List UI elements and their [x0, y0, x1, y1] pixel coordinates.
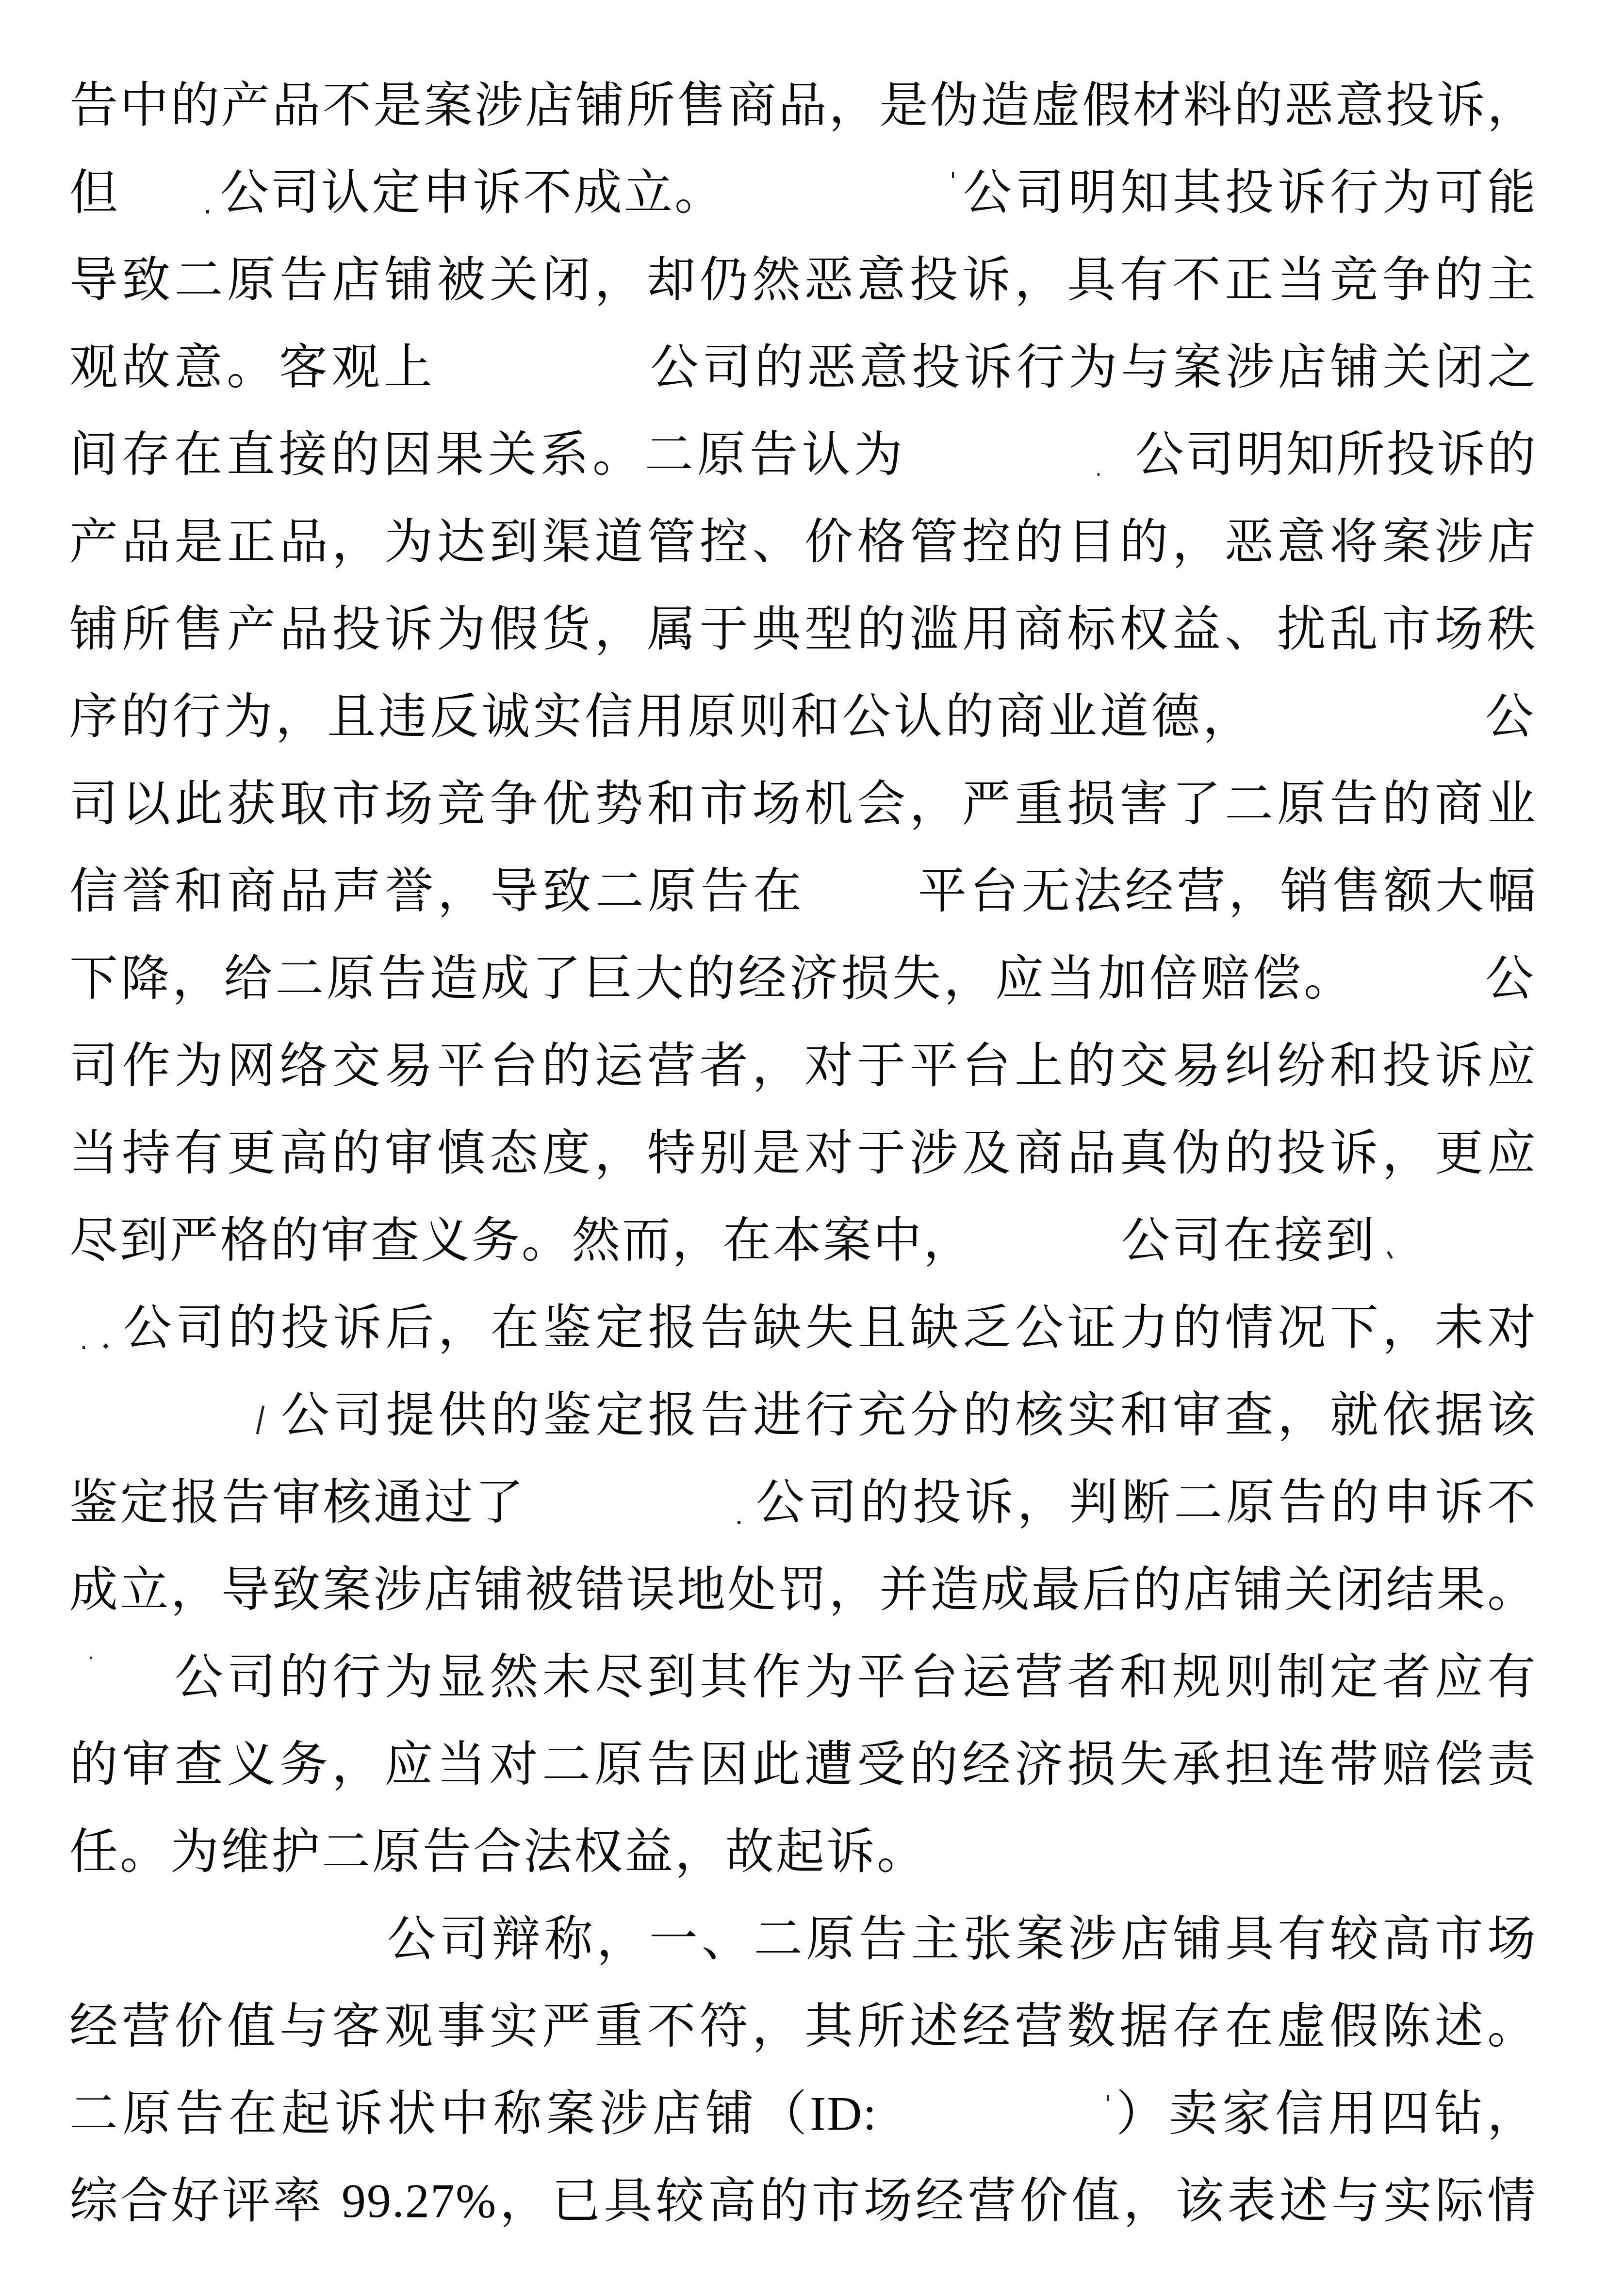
text-line-21: 任。为维护二原告合法权益，故起诉。: [0, 1827, 1624, 1876]
text-segment: 公司在接到: [1121, 1216, 1374, 1265]
text-segment: 序的行为，且违反诚实信用原则和公认的商业道德，: [69, 692, 1251, 741]
text-line-22: 公司辩称，一、二原告主张案涉店铺具有较高市场: [0, 1915, 1624, 1963]
redaction-remnant-mark: [1098, 473, 1099, 476]
text-segment: 的审查义务，应当对二原告因此遭受的经济损失承担连带赔偿责: [69, 1740, 1536, 1789]
text-segment: 司作为网络交易平台的运营者，对于平台上的交易纠纷和投诉应: [69, 1042, 1536, 1090]
text-segment: 公: [1485, 954, 1536, 1003]
rating-percentage: 99.27%: [342, 2177, 497, 2225]
text-segment: 公司提供的鉴定报告进行充分的核实和审查，就依据该: [281, 1391, 1536, 1439]
text-segment: 鉴定报告审核通过了: [69, 1478, 524, 1527]
redaction-remnant-mark: [738, 1521, 740, 1524]
text-segment: 告中的产品不是案涉店铺所售商品，是伪造虚假材料的恶意投诉，: [69, 81, 1536, 130]
text-segment: 导致二原告店铺被关闭，却仍然恶意投诉，具有不正当竞争的主: [69, 256, 1536, 304]
text-line-13: 当持有更高的审慎态度，特别是对于涉及商品真伪的投诉，更应: [0, 1129, 1624, 1177]
text-segment: 公司的恶意投诉行为与案涉店铺关闭之: [650, 343, 1536, 391]
redaction-remnant-mark: [1107, 2095, 1109, 2101]
text-segment: 下降，给二原告造成了巨大的经济损失，应当加倍赔偿。: [69, 954, 1352, 1003]
text-line-14: 尽到严格的审查义务。然而，在本案中， 公司在接到: [0, 1216, 1624, 1265]
text-segment: 信誉和商品声誉，导致二原告在: [69, 867, 802, 915]
text-segment: 公司的行为显然未尽到其作为平台运营者和规则制定者应有: [175, 1653, 1536, 1701]
text-segment: 平台无法经营，销售额大幅: [918, 867, 1536, 915]
text-line-11: 下降，给二原告造成了巨大的经济损失，应当加倍赔偿。 公: [0, 954, 1624, 1003]
text-line-1: 告中的产品不是案涉店铺所售商品，是伪造虚假材料的恶意投诉，: [0, 81, 1624, 130]
text-segment: ，已具较高的市场经营价值，该表述与实际情: [500, 2177, 1536, 2225]
text-segment: 公司辩称，一、二原告主张案涉店铺具有较高市场: [387, 1915, 1536, 1963]
redaction-remnant-mark: [82, 1346, 85, 1349]
text-line-9: 司以此获取市场竞争优势和市场机会，严重损害了二原告的商业: [0, 780, 1624, 828]
text-segment: 尽到严格的审查义务。然而，在本案中，: [69, 1216, 972, 1265]
redaction-remnant-mark: [206, 210, 209, 213]
text-line-24: 二原告在起诉状中称案涉店铺（ ID: ）卖家信用四钻，: [0, 2089, 1624, 2138]
redaction-remnant-mark: [256, 1405, 264, 1434]
text-segment: 当持有更高的审慎态度，特别是对于涉及商品真伪的投诉，更应: [69, 1129, 1536, 1177]
text-line-7: 铺所售产品投诉为假货，属于典型的滥用商标权益、扰乱市场秩: [0, 605, 1624, 653]
text-segment: 公: [1485, 692, 1536, 741]
text-line-6: 产品是正品，为达到渠道管控、价格管控的目的，恶意将案涉店: [0, 518, 1624, 566]
text-line-15: 公司的投诉后，在鉴定报告缺失且缺乏公证力的情况下，未对: [0, 1303, 1624, 1352]
redaction-remnant-mark: [952, 172, 954, 178]
text-line-5: 间存在直接的因果关系。二原告认为 公司明知所投诉的: [0, 430, 1624, 479]
text-line-23: 经营价值与客观事实严重不符，其所述经营数据存在虚假陈述。: [0, 2002, 1624, 2051]
text-line-20: 的审查义务，应当对二原告因此遭受的经济损失承担连带赔偿责: [0, 1740, 1624, 1789]
text-line-12: 司作为网络交易平台的运营者，对于平台上的交易纠纷和投诉应: [0, 1042, 1624, 1090]
text-segment: 间存在直接的因果关系。二原告认为: [69, 430, 902, 479]
text-line-2: 但 公司认定申诉不成立。 公司明知其投诉行为可能: [0, 168, 1624, 217]
text-line-17: 鉴定报告审核通过了 公司的投诉，判断二原告的申诉不: [0, 1478, 1624, 1527]
redaction-remnant-mark: [103, 1343, 108, 1349]
text-segment: 产品是正品，为达到渠道管控、价格管控的目的，恶意将案涉店: [69, 518, 1536, 566]
text-line-19: 公司的行为显然未尽到其作为平台运营者和规则制定者应有: [0, 1653, 1624, 1701]
text-line-3: 导致二原告店铺被关闭，却仍然恶意投诉，具有不正当竞争的主: [0, 256, 1624, 304]
redaction-remnant-mark: [1387, 1251, 1393, 1259]
text-segment: 但: [69, 168, 120, 217]
text-line-10: 信誉和商品声誉，导致二原告在 平台无法经营，销售额大幅: [0, 867, 1624, 915]
text-line-8: 序的行为，且违反诚实信用原则和公认的商业道德， 公: [0, 692, 1624, 741]
text-line-16: 公司提供的鉴定报告进行充分的核实和审查，就依据该: [0, 1391, 1624, 1439]
text-line-25: 综合好评率 99.27% ，已具较高的市场经营价值，该表述与实际情: [0, 2177, 1624, 2225]
text-segment: 司以此获取市场竞争优势和市场机会，严重损害了二原告的商业: [69, 780, 1536, 828]
text-segment: 公司明知所投诉的: [1135, 430, 1536, 479]
shop-id-label: ID:: [810, 2089, 887, 2138]
redaction-remnant-mark: [90, 1657, 92, 1659]
text-segment: 二原告在起诉状中称案涉店铺（: [69, 2089, 807, 2138]
text-segment: 观故意。客观上: [69, 343, 432, 391]
text-segment: 公司明知其投诉行为可能: [963, 168, 1536, 217]
text-line-18: 成立，导致案涉店铺被错误地处罚，并造成最后的店铺关闭结果。: [0, 1565, 1624, 1614]
text-segment: 任。为维护二原告合法权益，故起诉。: [69, 1827, 943, 1876]
text-segment: 经营价值与客观事实严重不符，其所述经营数据存在虚假陈述。: [69, 2002, 1536, 2051]
text-segment: 公司认定申诉不成立。: [220, 168, 723, 217]
text-segment: 公司的投诉，判断二原告的申诉不: [756, 1478, 1536, 1527]
document-page: 告中的产品不是案涉店铺所售商品，是伪造虚假材料的恶意投诉， 但 公司认定申诉不成…: [0, 0, 1624, 2296]
text-segment: 铺所售产品投诉为假货，属于典型的滥用商标权益、扰乱市场秩: [69, 605, 1536, 653]
text-segment: ）卖家信用四钻，: [1116, 2089, 1536, 2138]
text-segment: 综合好评率: [69, 2177, 321, 2225]
text-line-4: 观故意。客观上 公司的恶意投诉行为与案涉店铺关闭之: [0, 343, 1624, 391]
text-segment: 成立，导致案涉店铺被错误地处罚，并造成最后的店铺关闭结果。: [69, 1565, 1536, 1614]
text-segment: 公司的投诉后，在鉴定报告缺失且缺乏公证力的情况下，未对: [123, 1303, 1536, 1352]
